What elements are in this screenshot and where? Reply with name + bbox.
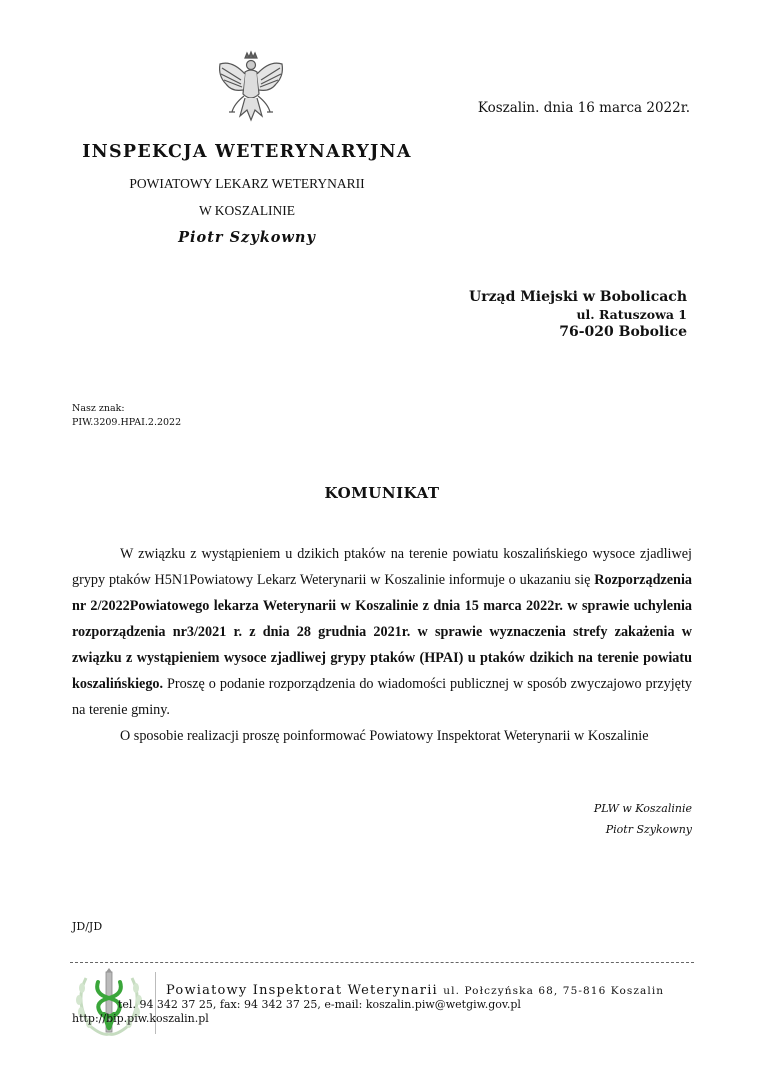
polish-eagle-emblem-icon <box>214 50 288 134</box>
footer-org-line: Powiatowy Inspektorat Weterynarii ul. Po… <box>166 983 664 998</box>
document-heading: KOMUNIKAT <box>72 484 692 502</box>
reference-label: Nasz znak: <box>72 402 181 416</box>
institution-location: W KOSZALINIE <box>72 203 422 219</box>
recipient-address: Urząd Miejski w Bobolicach ul. Ratuszowa… <box>420 288 687 342</box>
author-initials: JD/JD <box>72 920 102 933</box>
document-body: W związku z wystąpieniem u dzikich ptakó… <box>72 541 692 749</box>
institution-title: INSPEKCJA WETERYNARYJNA <box>72 142 422 162</box>
signature-block: PLW w Koszalinie Piotr Szykowny <box>520 798 692 840</box>
body-paragraph-1: W związku z wystąpieniem u dzikich ptakó… <box>72 541 692 723</box>
recipient-name: Urząd Miejski w Bobolicach <box>420 288 687 307</box>
reference-value: PIW.3209.HPAI.2.2022 <box>72 416 181 430</box>
paragraph-request: Proszę o podanie rozporządzenia do wiado… <box>72 676 692 718</box>
recipient-street: ul. Ratuszowa 1 <box>420 307 687 323</box>
signature-name: Piotr Szykowny <box>520 819 692 840</box>
footer-separator <box>70 962 694 963</box>
recipient-postal-city: 76-020 Bobolice <box>420 323 687 342</box>
regulation-reference: Rozporządzenia nr 2/2022Powiatowego leka… <box>72 572 692 692</box>
footer-address: ul. Połczyńska 68, 75-816 Koszalin <box>443 985 664 997</box>
reference-number: Nasz znak: PIW.3209.HPAI.2.2022 <box>72 402 181 430</box>
body-paragraph-2: O sposobie realizacji proszę poinformowa… <box>72 723 692 749</box>
signature-title: PLW w Koszalinie <box>520 798 692 819</box>
document-date: Koszalin. dnia 16 marca 2022r. <box>470 100 690 116</box>
footer-org-name: Powiatowy Inspektorat Weterynarii <box>166 983 438 998</box>
footer-website-link[interactable]: http://bip.piw.koszalin.pl <box>72 1012 209 1025</box>
institution-subtitle: POWIATOWY LEKARZ WETERYNARII <box>72 176 422 192</box>
footer-contact: tel. 94 342 37 25, fax: 94 342 37 25, e-… <box>118 998 521 1011</box>
institution-officer-name: Piotr Szykowny <box>72 229 422 246</box>
